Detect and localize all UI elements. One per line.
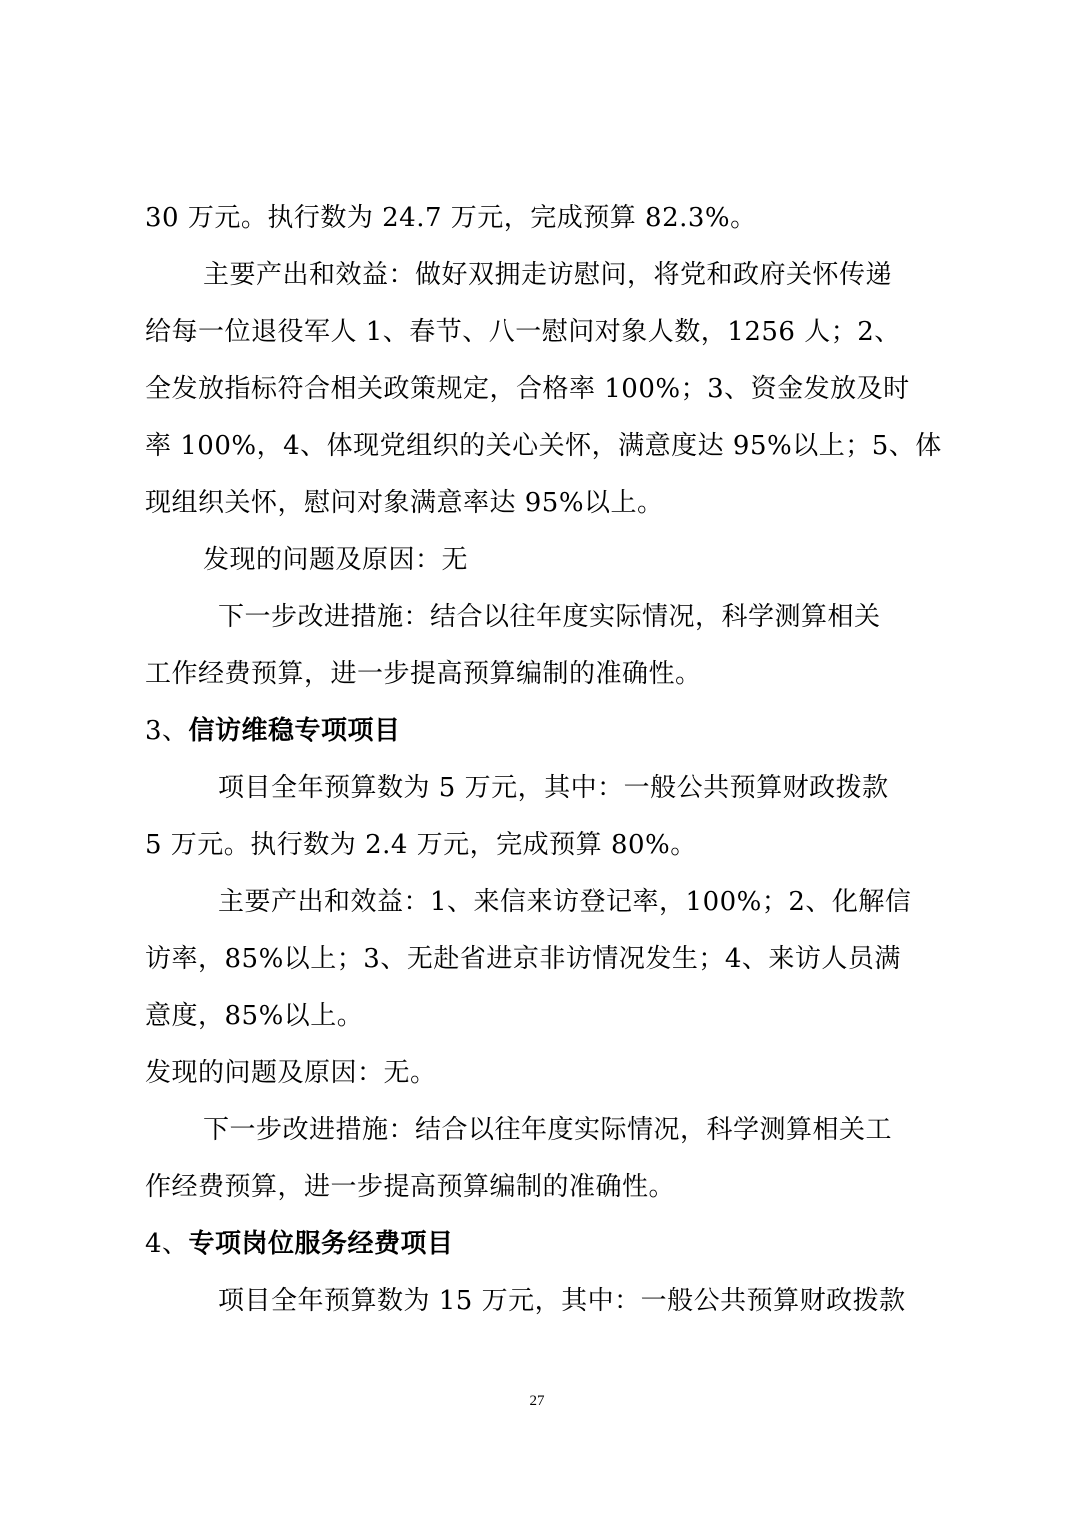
paragraph-line: 30 万元。执行数为 24.7 万元，完成预算 82.3%。 [145, 203, 945, 233]
section-number: 4、 [145, 1229, 189, 1259]
paragraph-line: 工作经费预算，进一步提高预算编制的准确性。 [145, 659, 945, 689]
paragraph-line: 下一步改进措施：结合以往年度实际情况，科学测算相关 [218, 602, 1018, 632]
section3-heading: 3、信访维稳专项项目 [145, 716, 945, 746]
paragraph-line: 发现的问题及原因：无。 [145, 1058, 945, 1088]
section-number: 3、 [145, 716, 189, 746]
paragraph-line: 发现的问题及原因：无 [203, 545, 1003, 575]
paragraph-line: 全发放指标符合相关政策规定，合格率 100%；3、资金发放及时 [145, 374, 945, 404]
paragraph-line: 意度，85%以上。 [145, 1001, 945, 1031]
paragraph-line: 率 100%，4、体现党组织的关心关怀，满意度达 95%以上；5、体 [145, 431, 945, 461]
paragraph-line: 项目全年预算数为 15 万元，其中：一般公共预算财政拨款 [218, 1286, 1018, 1316]
paragraph-line: 访率，85%以上；3、无赴省进京非访情况发生；4、来访人员满 [145, 944, 945, 974]
section-title: 专项岗位服务经费项目 [189, 1229, 454, 1259]
paragraph-line: 给每一位退役军人 1、春节、八一慰问对象人数，1256 人；2、 [145, 317, 945, 347]
paragraph-line: 项目全年预算数为 5 万元，其中：一般公共预算财政拨款 [218, 773, 1018, 803]
paragraph-line: 主要产出和效益：做好双拥走访慰问，将党和政府关怀传递 [203, 260, 1003, 290]
paragraph-line: 主要产出和效益：1、来信来访登记率，100%；2、化解信 [218, 887, 1018, 917]
paragraph-line: 现组织关怀，慰问对象满意率达 95%以上。 [145, 488, 945, 518]
paragraph-line: 5 万元。执行数为 2.4 万元，完成预算 80%。 [145, 830, 945, 860]
paragraph-line: 下一步改进措施：结合以往年度实际情况，科学测算相关工 [203, 1115, 1003, 1145]
section4-heading: 4、专项岗位服务经费项目 [145, 1229, 945, 1259]
document-page: 30 万元。执行数为 24.7 万元，完成预算 82.3%。主要产出和效益：做好… [0, 0, 1074, 1520]
page-number: 27 [0, 1393, 1074, 1410]
section-title: 信访维稳专项项目 [189, 716, 401, 746]
paragraph-line: 作经费预算，进一步提高预算编制的准确性。 [145, 1172, 945, 1202]
